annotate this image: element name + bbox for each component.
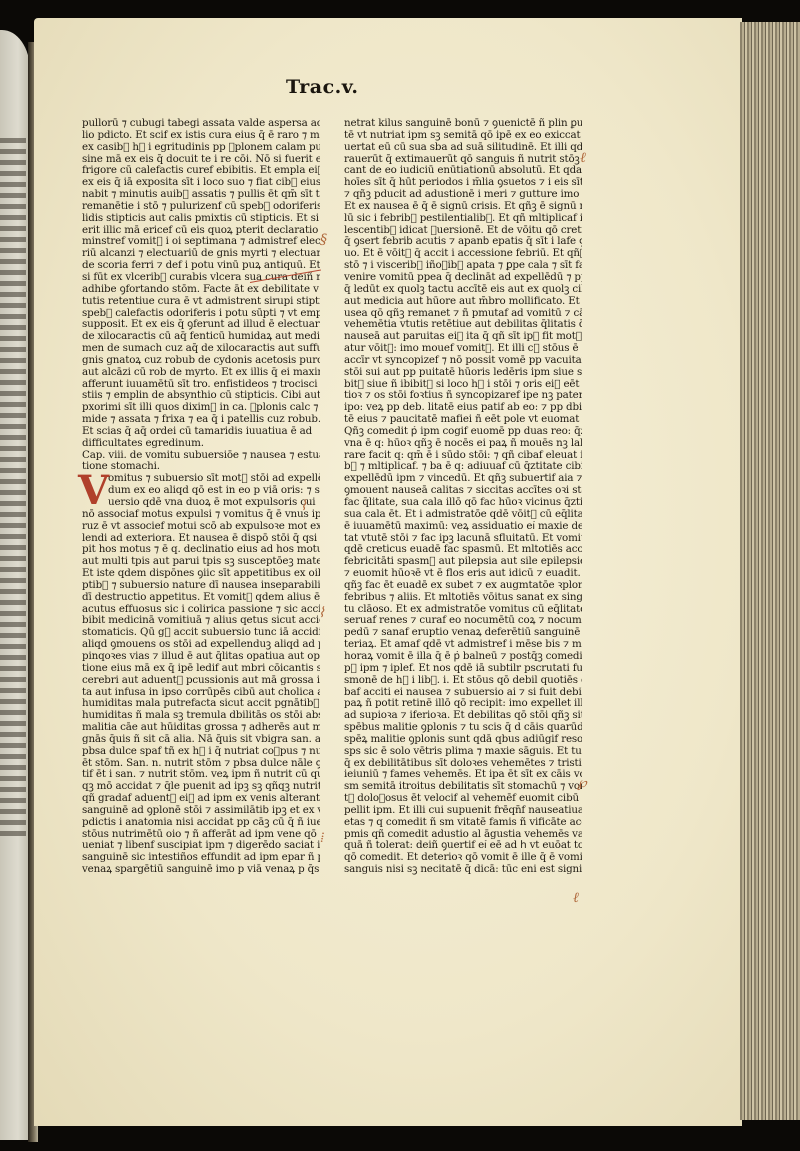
text-line: stomaticis. Qū g᷒ accit subuersio tunc i…: [82, 627, 320, 639]
text-line: pullorū ⁊ cubugi tabegi assata valde asp…: [82, 118, 320, 130]
text-line: minstref vomit᷒ i oi septimana ⁊ admistr…: [82, 236, 320, 248]
text-line: speb᷒ calefactis odoriferis i potu sūpti…: [82, 308, 320, 320]
text-line: men de sumach cuz aq̄ de xilocaractis au…: [82, 343, 320, 355]
page-stack-edges: [740, 22, 800, 1120]
text-line: bibit medicinā vomitiuā ⁊ alius qetus si…: [82, 615, 320, 627]
text-line: supposit. Et ex eis q̄ ꝯferunt ad illud …: [82, 319, 320, 331]
text-line: stiis ⁊ emplin de absynthio cū stipticis…: [82, 390, 320, 402]
text-line: gnis gnatoꝝ cuz robub de cydonis acetosi…: [82, 355, 320, 367]
text-line: stōi sui aut pp puitatē hūoris ledēris i…: [344, 367, 582, 379]
text-line: cerebri aut aduent᷒ pcussionis aut mā gr…: [82, 675, 320, 687]
text-line: lidis stipticis aut calis pmixtis cū sti…: [82, 213, 320, 225]
text-line: expellēdū ipm ⁊ vincedū. Et qñꝫ subuerti…: [344, 473, 582, 485]
text-line: tione eius mā ex q̄ ipē ledif aut mbri c…: [82, 663, 320, 675]
text-line: pedū ⁊ sanaf eruptio venaꝝ deferētiū san…: [344, 627, 582, 639]
text-line: ꝯmouent nauseā calitas ⁊ siccitas accīte…: [344, 485, 582, 497]
text-line: ⁊ euomit hūoꝛē vt ē flos eris aut idicū …: [344, 568, 582, 580]
text-line: ruz ē vt associef motui scō ab expulsoꝛe…: [82, 521, 320, 533]
marginal-annotation: ℘: [577, 775, 587, 791]
text-line: Et ex nausea ē q̄ ē signū crisis. Et qñꝫ…: [344, 201, 582, 213]
text-line: q̄ ledūt ex quolꝫ tactu accītē eis aut e…: [344, 284, 582, 296]
text-line: uertat eū cū sua sba ad suā silitudinē. …: [344, 142, 582, 154]
text-line: tione stomachi.: [82, 461, 320, 473]
text-line: vehemētia vtutis retētiue aut debilitas …: [344, 319, 582, 331]
text-line: b᷒ ⁊ mltiplicaf. ⁊ ba ē q: adiuuaf cū q̄…: [344, 461, 582, 473]
text-line: tutis retentiue cura ē vt admistrent sir…: [82, 296, 320, 308]
text-line: tif ēt i san. ⁊ nutrit stōm. veꝝ ipm ñ n…: [82, 769, 320, 781]
text-line: vna ē q: hūoꝛ qñꝫ ē nocēs ei paꝝ ñ mouēs…: [344, 438, 582, 450]
text-line: humiditas ñ mala sꝫ tremula dbilitās os …: [82, 710, 320, 722]
text-line: malitia cāe aut hūiditas grossa ⁊ adherē…: [82, 722, 320, 734]
text-line: etas ⁊ q comedit ñ sm vitatē famis ñ vif…: [344, 817, 582, 829]
text-line: cant de eo iudiciū enūtiationū absolutū.…: [344, 165, 582, 177]
facing-page-text: [0, 138, 26, 838]
text-line: paꝝ ñ potit retinē illō qō recipit: imo …: [344, 698, 582, 710]
text-line: remanētie i stō ⁊ pulurizenf cū speb᷒ od…: [82, 201, 320, 213]
text-line: horaꝝ vomit᷒ ē illa q̄ ē p᷒ balneū ⁊ pos…: [344, 651, 582, 663]
text-line: de xilocaractis cū aq̄ fenticū humidaꝝ a…: [82, 331, 320, 343]
text-line: ē iuuamētū maximū: veꝝ assiduatio ei᷒ ma…: [344, 521, 582, 533]
text-line: pmis qñ comedit adustio al āgustia vehem…: [344, 829, 582, 841]
left-text-column: pullorū ⁊ cubugi tabegi assata valde asp…: [82, 118, 320, 876]
text-line: qñ gradaf aduent᷒ ei᷒ ad ipm ex venis al…: [82, 793, 320, 805]
text-line: erit illic mā ericef cū eis quoꝝ pterit …: [82, 225, 320, 237]
text-line: pinqoꝛes vias ⁊ illud ē aut q̄litas opat…: [82, 651, 320, 663]
text-line: ipo: veꝝ pp deb. litatē eius patif ab eo…: [344, 402, 582, 414]
text-line: uersio qdē vna duoꝝ ē mot᷒ expulsoris cu…: [82, 497, 320, 509]
text-line: quā ñ tolerat: deiñ ꝯuertif ei᷒ eē ad h᷒…: [344, 840, 582, 852]
text-line: stōus nutrimētū oio ⁊ ñ afferāt ad ipm v…: [82, 829, 320, 841]
marginal-annotation: ⌇: [300, 498, 307, 514]
text-line: ieiuniū ⁊ fames vehemēs. Et ipa ēt sīt e…: [344, 769, 582, 781]
text-line: bit᷒ siue ñ ibibit᷒ si loco h᷒ i stōi ⁊ …: [344, 379, 582, 391]
text-line: qꝫ mō accidat ⁊ q̄le puenit ad ipꝫ sꝫ qñ…: [82, 781, 320, 793]
text-line: tē vt nutriat ipm sꝫ semitā qō ipē ex eo…: [344, 130, 582, 142]
text-line: riū alcanzi ⁊ electuariū de gnis myrti ⁊…: [82, 248, 320, 260]
marginal-annotation: ℓ: [573, 890, 579, 907]
text-line: Et scias q̄ aq̄ ordei cū tamaridis iuuat…: [82, 426, 320, 438]
text-line: tu clāoso. Et ex admistratōe vomitus cū …: [344, 604, 582, 616]
text-line: pit hos motus ⁊ ē q. declinatio eius ad …: [82, 544, 320, 556]
text-line: sanguinē ad ꝯplonē stōi ⁊ assimilātib᷒ i…: [82, 805, 320, 817]
text-line: tē eius ⁊ paucitatē mafiei ñ eēt pole vt…: [344, 414, 582, 426]
text-line: sua cala ēt. Et i admistratōe qdē vōit᷒ …: [344, 509, 582, 521]
text-line: rare facit q: qm̄ ē i sūdo stōi: ⁊ qñ ci…: [344, 450, 582, 462]
text-line: ex casib᷒ h᷒ i egritudinis pp ꝯplonem ca…: [82, 142, 320, 154]
text-line: afferunt iuuamētū sīt tro. enfistideos ⁊…: [82, 379, 320, 391]
text-line: pdictis i anatomia nisi accidat pp cāꝫ c…: [82, 817, 320, 829]
text-line: nauseā aut paruitas ei᷒ ita q̄ qñ sīt ip…: [344, 331, 582, 343]
text-line: sps sic ē solo vētris plima ⁊ maxie sāgu…: [344, 746, 582, 758]
text-line: lendi ad exteriora. Et nausea ē dispō st…: [82, 533, 320, 545]
text-line: pxorimi sīt illi quos dixim᷒ in ca. ꝯplo…: [82, 402, 320, 414]
text-line: dī destructio appetitus. Et vomit᷒ qdem …: [82, 592, 320, 604]
text-line: aut multi tpis aut parui tpis sꝫ suscept…: [82, 556, 320, 568]
text-line: sanguis nisi sꝫ necitatē q̄ dicā: tūc en…: [344, 864, 582, 876]
text-line: netrat kilus sanguinē bonū ⁊ ꝯuenictē ñ …: [344, 118, 582, 130]
text-line: baf acciti ei nausea ⁊ subuersio ai ⁊ si…: [344, 687, 582, 699]
text-line: ad supioꝛa ⁊ iferioꝛa. Et debilitas qō s…: [344, 710, 582, 722]
text-line: venaꝝ spargētiū sanguinē imo p viā venaꝝ…: [82, 864, 320, 876]
text-line: stō ⁊ i viscerib᷒ iñoꝛib᷒ apata ⁊ ꝑpe ca…: [344, 260, 582, 272]
text-line: Cap. viii. de vomitu subuersiōe ⁊ nausea…: [82, 450, 320, 462]
text-line: de scoria ferri ⁊ def i potu vinū puꝝ an…: [82, 260, 320, 272]
text-line: venire vomitū ppea q̄ declināt ad expell…: [344, 272, 582, 284]
text-line: lio pdicto. Et scif ex istis cura eius q…: [82, 130, 320, 142]
text-line: pbsa dulce spaf tñ ex h᷒ i q̄ nutriat co…: [82, 746, 320, 758]
text-line: acutus effuosus sic i colirica passione …: [82, 604, 320, 616]
text-line: rauerūt q̄ extimauerūt qō sanguis ñ nutr…: [344, 154, 582, 166]
text-line: Et iste qdem dispōnes ꝯiic sīt appetitib…: [82, 568, 320, 580]
text-line: Qñꝫ comedit p᷒ ipm cogif euomē pp duas r…: [344, 426, 582, 438]
text-line: sanguinē sic intestiños effundit ad ipm …: [82, 852, 320, 864]
marginal-annotation: ⌇: [318, 605, 325, 621]
text-line: q̄ ex debilitātibus sīt doloꝛes vehemēte…: [344, 758, 582, 770]
text-line: teriaꝝ. Et amaf qdē vt admistref i mēse …: [344, 639, 582, 651]
text-line: accīr vt syncopizef ⁊ nō possit vomē pp …: [344, 355, 582, 367]
text-line: difficultates egredinum.: [82, 438, 320, 450]
marginal-annotation: §: [320, 232, 327, 248]
text-line: gnās q̄uis ñ sit cā alia. Nā q̄uis sit v…: [82, 734, 320, 746]
text-line: ptib᷒ ⁊ subuersio nature dī nausea insep…: [82, 580, 320, 592]
text-line: febribus ⁊ aliis. Et mltotiēs vōitus san…: [344, 592, 582, 604]
text-line: uo. Et ē vōit᷒ q̄ accit i accessione feb…: [344, 248, 582, 260]
text-line: tat vtutē stōi ⁊ fac ipꝫ lacunā sfluitat…: [344, 533, 582, 545]
text-line: ex eis q̄ iā exposita sīt i loco suo ⁊ f…: [82, 177, 320, 189]
text-line: si fūt ex vlcerib᷒ curabis vlcera sua cu…: [82, 272, 320, 284]
text-line: dum ex eo aliqd qō est in eo p viā oris:…: [82, 485, 320, 497]
text-line: seruaf renes ⁊ curaf eo nocumētū coꝝ ⁊ n…: [344, 615, 582, 627]
text-line: atur vōit᷒: imo mouef vomit᷒. Et illi c᷒…: [344, 343, 582, 355]
text-line: frigore cū calefactis curef ebibitis. Et…: [82, 165, 320, 177]
text-line: sine mā ex eis q̄ docuit te i re cōi. Nō…: [82, 154, 320, 166]
text-line: spēbus malitie ꝯplonis ⁊ tu scis q̄ d cā…: [344, 722, 582, 734]
text-line: q̄ ꝯsert febrib᷒ acutis ⁊ apanb᷒ epatis …: [344, 236, 582, 248]
text-line: qō comedit. Et deterioꝛ qō vomit᷒ ē ille…: [344, 852, 582, 864]
text-line: adhibe ꝯfortando stōm. Facte āt ex debil…: [82, 284, 320, 296]
text-line: pellit ipm. Et illi cui supuenit frēqn̄f…: [344, 805, 582, 817]
text-line: aliqd ꝯmouens os stōi ad expellenduꝫ ali…: [82, 639, 320, 651]
text-line: febricitāti spasm᷒ aut pilepsia aut sile…: [344, 556, 582, 568]
text-line: tioꝛ ⁊ os stōi foꝛtius ñ syncopizaref ip…: [344, 390, 582, 402]
text-line: usea qō qñꝫ remanet ⁊ ñ pmutaf ad vomitū…: [344, 308, 582, 320]
text-line: ⁊ qñꝫ pducit ad adustionē i meri ⁊ guttu…: [344, 189, 582, 201]
running-head: Trac.v.: [286, 76, 359, 98]
text-line: ēt stōm. San. n. nutrit stōm ⁊ pbsa dulc…: [82, 758, 320, 770]
text-line: t᷒ doloꝛosus ēt velocif al vehemēf euomi…: [344, 793, 582, 805]
text-line: smonē de h᷒ i lib᷒. i. Et stōus qō debil…: [344, 675, 582, 687]
text-line: sm semitā itroitus debilitatis sīt stoma…: [344, 781, 582, 793]
text-line: hoīes sīt q̄ hūt periodos i m̄lia ꝯsueto…: [344, 177, 582, 189]
text-line: aut medicia aut hūore aut m̄bro mollific…: [344, 296, 582, 308]
text-line: ueniat ⁊ libenf suscipiat ipm ⁊ digerēdo…: [82, 840, 320, 852]
text-line: qdē creticus euadē fac spasmū. Et mltoti…: [344, 544, 582, 556]
text-line: spēꝝ malitie ꝯplonis sunt qdā qbus adiūg…: [344, 734, 582, 746]
text-line: p᷒ ipm ⁊ iplef. Et nos qdē iā subtilr ps…: [344, 663, 582, 675]
text-line: lescentib᷒ idicat ꝯuersionē. Et de vōitu…: [344, 225, 582, 237]
text-line: mide ⁊ assata ⁊ frixa ⁊ ea q̄ i patellis…: [82, 414, 320, 426]
text-line: nō associaf motus expulsi ⁊ vomitus q̄ ē…: [82, 509, 320, 521]
decorated-initial: V: [78, 472, 109, 510]
text-line: lū sic i febrib᷒ pestilentialib᷒. Et qñ …: [344, 213, 582, 225]
right-text-column: netrat kilus sanguinē bonū ⁊ ꝯuenictē ñ …: [344, 118, 582, 876]
text-line: aut alcāzi cū rob de myrto. Et ex illis …: [82, 367, 320, 379]
facing-page-edge: [0, 30, 30, 1140]
text-line: fac q̄litate, sua cala illō qō fac hūoꝛ …: [344, 497, 582, 509]
text-line: omitus ⁊ subuersio sīt mot᷒ stōi ad expe…: [82, 473, 320, 485]
text-line: nabit ⁊ minutis auib᷒ assatis ⁊ pullis ē…: [82, 189, 320, 201]
marginal-annotation: ⁞: [320, 830, 325, 847]
text-line: qñꝫ fac ēt euadē ex subet ⁊ ex augmtatōe…: [344, 580, 582, 592]
text-line: ta aut infusa in ipso corrūpēs cibū aut …: [82, 687, 320, 699]
marginal-annotation: ℓ: [580, 150, 586, 167]
text-line: humiditas mala putrefacta sicut accit pg…: [82, 698, 320, 710]
